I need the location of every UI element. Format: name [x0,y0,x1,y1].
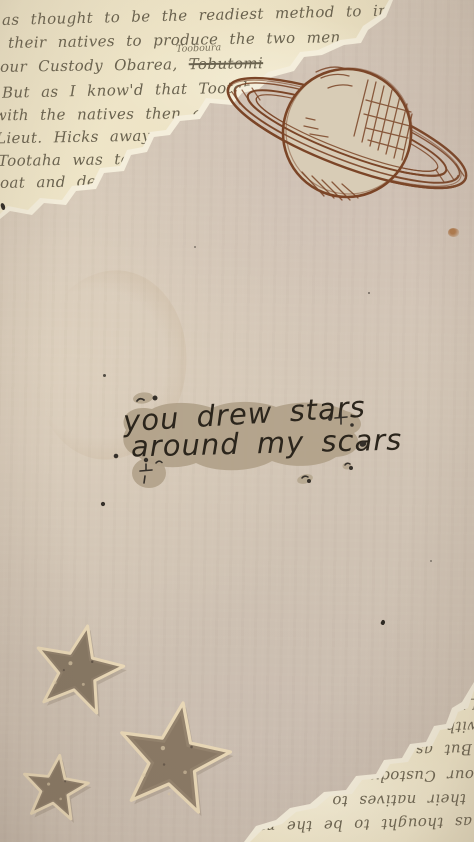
lyric-line-2: around my scars [131,425,403,461]
journal-line-text: our Custody Obarea, [0,55,189,76]
journal-line: Lieut. Hicks away [0,126,151,150]
journal-line: as thought to be the readiest method to … [2,0,409,31]
journal-line: their natives to produce the two men [8,27,341,54]
ink-speck [430,560,432,562]
ink-speck [103,374,106,377]
ink-speck [194,246,196,248]
journal-line: our Custody Obarea, Tobutomi [0,53,263,78]
collage-wallpaper: as thought to be the readiest method to … [0,0,474,842]
journal-struck-word: Tobutomi [189,54,264,73]
ink-speck [368,292,370,294]
journal-annotation: Tooboura [176,43,221,54]
